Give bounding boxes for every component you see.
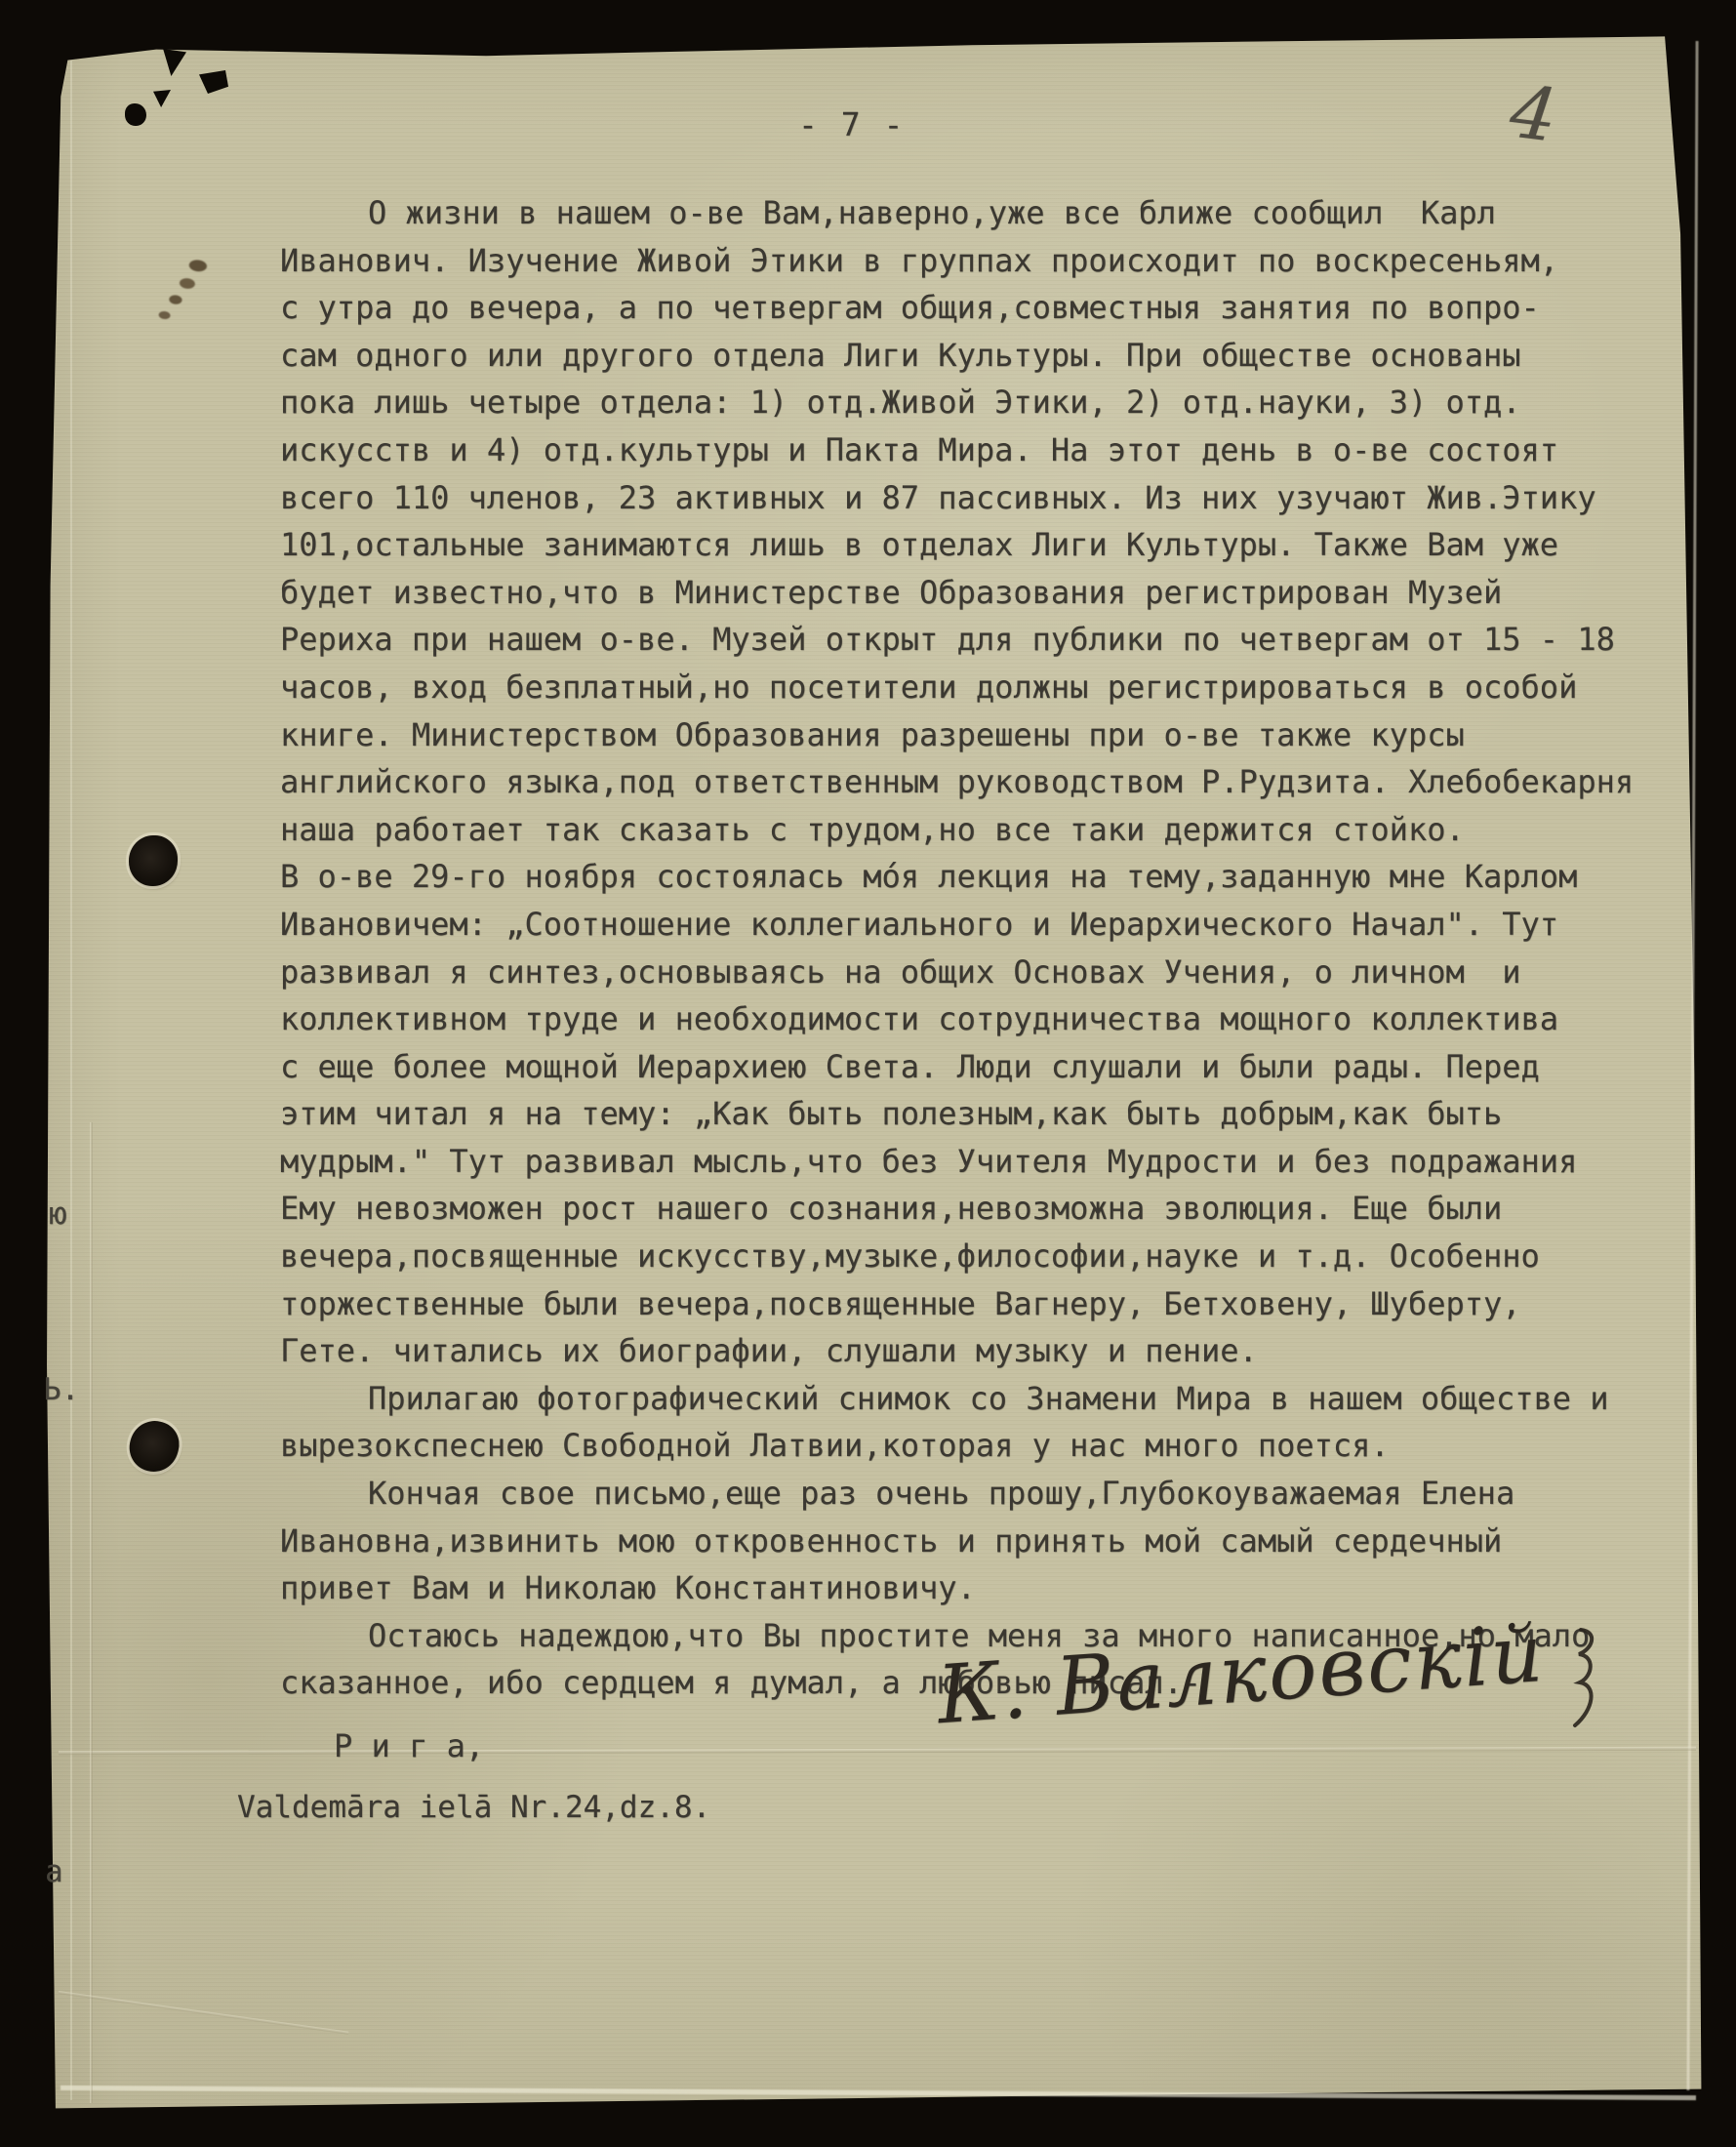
margin-fragment-bottom: а [45, 1854, 63, 1889]
torn-hole [125, 103, 146, 126]
punch-hole [129, 835, 178, 886]
typewritten-line: Ивановичем: „Соотношение коллегиального … [280, 901, 1634, 949]
typewritten-line: Ивановна,извинить мою откровенность и пр… [280, 1518, 1634, 1565]
typewritten-line: Ему невозможен рост нашего сознания,нево… [280, 1185, 1634, 1233]
typewritten-line: Кончая свое письмо,еще раз очень прошу,Г… [280, 1470, 1634, 1518]
left-fold-crease [70, 61, 72, 2100]
typewritten-line: вечера,посвященные искусству,музыке,фило… [280, 1233, 1634, 1280]
body-text: О жизни в нашем о-ве Вам,наверно,уже все… [280, 189, 1634, 1707]
typewritten-line: О жизни в нашем о-ве Вам,наверно,уже все… [280, 189, 1634, 237]
margin-fragment-middle: Ь. [43, 1372, 79, 1407]
typewritten-line: торжественные были вечера,посвященные Ва… [280, 1280, 1634, 1328]
typewritten-line: книге. Министерством Образования разреше… [280, 711, 1634, 759]
ink-stain [150, 253, 216, 331]
closing-address: Valdemāra ielā Nr.24,dz.8. [237, 1790, 710, 1825]
vertical-crease [90, 1122, 93, 2103]
typewritten-line: Рериха при нашем о-ве. Музей открыт для … [280, 616, 1634, 664]
typewritten-line: Иванович. Изучение Живой Этики в группах… [280, 237, 1634, 285]
typewritten-line: английского языка,под ответственным руко… [280, 758, 1634, 806]
margin-fragment-top: ю [49, 1196, 67, 1232]
typewritten-line: 101,остальные занимаются лишь в отделах … [280, 521, 1634, 569]
page-number: - 7 - [798, 105, 905, 143]
typewritten-line: Прилагаю фотографический снимок со Знаме… [280, 1375, 1634, 1423]
typewritten-line: всего 110 членов, 23 активных и 87 пасси… [280, 474, 1634, 522]
typewritten-line: развивал я синтез,основываясь на общих О… [280, 949, 1634, 996]
scanned-letter-page: { "page": { "header_page_number": "- 7 -… [0, 0, 1736, 2147]
typewritten-line: часов, вход безплатный,но посетители дол… [280, 664, 1634, 711]
typewritten-line: мудрым." Тут развивал мысль,что без Учит… [280, 1138, 1634, 1186]
typewritten-line: наша работает так сказать с трудом,но вс… [280, 806, 1634, 854]
typewritten-line: будет известно,что в Министерстве Образо… [280, 569, 1634, 617]
typewritten-line: с еще более мощной Иерархиею Света. Люди… [280, 1043, 1634, 1091]
typewritten-line: вырезокспеснею Свободной Латвии,которая … [280, 1422, 1634, 1470]
typewritten-line: пока лишь четыре отдела: 1) отд.Живой Эт… [280, 379, 1634, 426]
typewritten-line: В о-ве 29-го ноября состоялась мо́я лекц… [280, 853, 1634, 901]
typewritten-line: сам одного или другого отдела Лиги Культ… [280, 332, 1634, 380]
typewritten-line: этим читал я на тему: „Как быть полезным… [280, 1090, 1634, 1138]
typewritten-line: с утра до вечера, а по четвергам общия,с… [280, 284, 1634, 332]
typewritten-line: искусств и 4) отд.культуры и Пакта Мира.… [280, 426, 1634, 474]
closing-place: Р и г а, [334, 1727, 484, 1764]
typewritten-line: коллективном труде и необходимости сотру… [280, 995, 1634, 1043]
typewritten-line: Гете. читались их биографии, слушали муз… [280, 1327, 1634, 1375]
signature-flourish [1550, 1624, 1610, 1733]
typewritten-line: привет Вам и Николаю Константиновичу. [280, 1564, 1634, 1612]
